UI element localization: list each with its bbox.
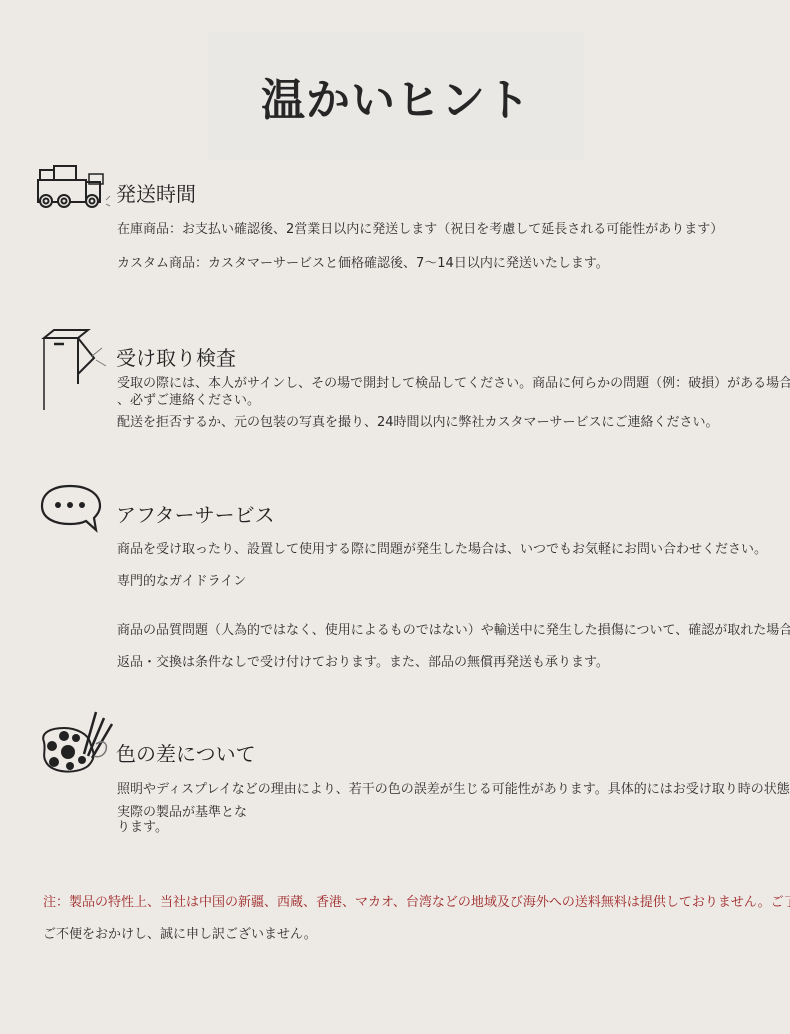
page-title: 温かいヒント [261,64,531,128]
box-icon [40,328,114,412]
section-text: 返品・交換は条件なしで受け付けております。また、部品の無償再発送も承ります。 [117,655,609,671]
section-text: 専門的なガイドライン [117,574,246,590]
shipping-note: 注：製品の特性上、当社は中国の新疆、西蔵、香港、マカオ、台湾などの地域及び海外へ… [43,895,790,911]
section-heading-after-service: アフターサービス [116,499,275,528]
section-heading-shipping: 発送時間 [116,178,196,207]
section-text: 照明やディスプレイなどの理由により、若干の色の誤差が生じる可能性があります。具体… [117,782,790,798]
section-heading-inspection: 受け取り検査 [116,342,236,371]
section-text: ります。 [117,820,168,836]
title-banner: 温かいヒント [208,32,584,160]
section-text: 商品を受け取ったり、設置して使用する際に問題が発生した場合は、いつでもお気軽にお… [117,542,767,558]
section-text: 、必ずご連絡ください。 [117,393,260,409]
apology-text: ご不便をおかけし、誠に申し訳ございません。 [43,927,317,943]
section-text: 在庫商品：お支払い確認後、2営業日以内に発送します（祝日を考慮して延長される可能… [117,222,723,238]
section-text: 商品の品質問題（人為的ではなく、使用によるものではない）や輸送中に発生した損傷に… [117,623,790,639]
section-heading-color-difference: 色の差について [116,738,256,767]
palette-icon [38,704,118,776]
section-text: 配送を拒否するか、元の包装の写真を撮り、24時間以内に弊社カスタマーサービスにご… [117,415,719,431]
section-text: カスタム商品：カスタマーサービスと価格確認後、7〜14日以内に発送いたします。 [117,256,609,272]
section-text: 実際の製品が基準とな [117,805,247,821]
section-text: 受取の際には、本人がサインし、その場で開封して検品してください。商品に何らかの問… [117,376,790,392]
chat-bubble-icon [38,482,102,534]
truck-icon [34,164,114,210]
